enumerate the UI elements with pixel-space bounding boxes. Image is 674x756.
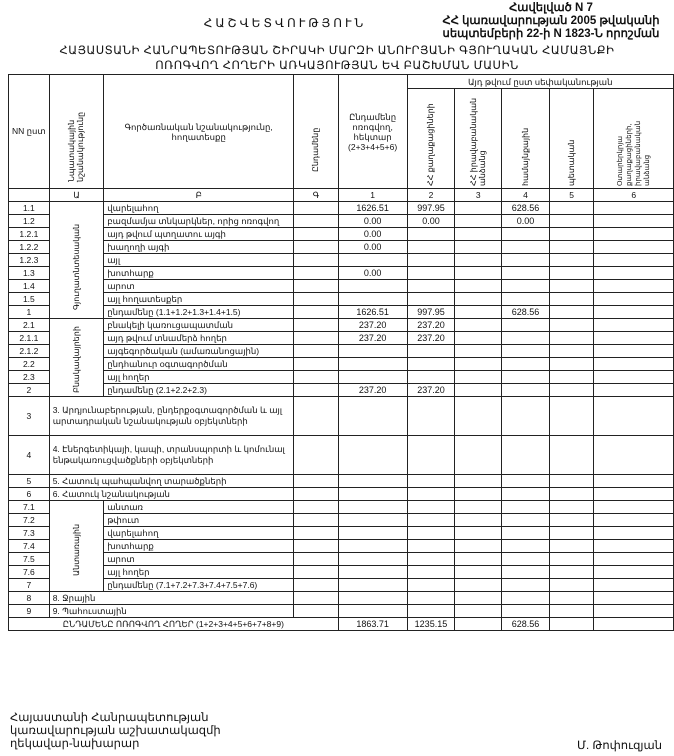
land-report-table: NN ըստ Նպատակային նշանակությունը Գործառն… [8,74,674,631]
table-row: 2.1Բնակավայրերիբնակելի կառուցապատման237.… [9,319,674,332]
table-row: 7.5արոտ [9,553,674,566]
agricultural-group: 1.1Գյուղատնտեսականվարելահող1626.51997.95… [9,202,674,319]
column-number-row: Ա ԲԳ 12 34 56 [9,189,674,202]
table-row: 1.2.1այդ թվում պտղատու այգի0.00 [9,228,674,241]
header-c3: ՀՀ իրավաբանական անձանց [455,89,502,189]
headline-line-1: ՀԱՅԱՍՏԱՆԻ ՀԱՆՐԱՊԵՏՈՒԹՅԱՆ ՇԻՐԱԿԻ ՄԱՐԶԻ ԱՆ… [0,43,674,57]
end-rows: 88. Ջրային99. Պահուստային [9,592,674,618]
table-row: 2.1.1այդ թվում տնամերձ հողեր237.20237.20 [9,332,674,345]
table-row: 1.3խոտհարք0.00 [9,267,674,280]
table-row: 7.2թփուտ [9,514,674,527]
table-row: 1.2.2խաղողի այգի0.00 [9,241,674,254]
annex-line: ՀՀ կառավարության 2005 թվականի [436,15,666,28]
table-row: 7.6այլ հողեր [9,566,674,579]
table-row: 7.1Անտառայինանտառ [9,501,674,514]
signature-name: Մ. Թոփուզյան [577,738,662,752]
header-c4: համայնքային [502,89,550,189]
table-row: 7.3վարելահող [9,527,674,540]
header-c2: ՀՀ քաղաքացիների [407,89,455,189]
table-row: 2.3այլ հողեր [9,371,674,384]
header-total: Ընդամենը ոռոգվող, հեկտար (2+3+4+5+6) [338,75,407,189]
table-row: 1ընդամենը (1.1+1.2+1.3+1.4+1.5)1626.5199… [9,306,674,319]
table-row: 55. Հատուկ պահպանվող տարածքների [9,475,674,488]
headline-line-2: ՈՌՈԳՎՈՂ ՀՈՂԵՐԻ ԱՌԿԱՅՈՒԹՅԱՆ ԵՎ ԲԱՇԽՄԱՆ ՄԱ… [0,58,674,72]
table-row: 33. Արդյունաբերության, ընդերքօգտագործման… [9,397,674,436]
table-row: 1.2բազմամյա տնկարկներ, որից ոռոգվող0.000… [9,215,674,228]
group-label: Գյուղատնտեսական [49,202,104,319]
table-row: 66. Հատուկ նշանակության [9,488,674,501]
document-title: ՀԱՇՎԵՏՎՈՒԹՅՈՒՆ [170,16,400,30]
header-ownership-group: Այդ թվում ըստ սեփականության [407,75,673,89]
table-row: 2.1.2այգեգործական (ամառանոցային) [9,345,674,358]
signatory-title: Հայաստանի Հանրապետության կառավարության ա… [10,712,221,751]
annex-note: Հավելված N 7 ՀՀ կառավարության 2005 թվակա… [436,2,666,41]
group-label: Անտառային [49,501,104,592]
table-row: 7ընդամենը (7.1+7.2+7.3+7.4+7.5+7.6) [9,579,674,592]
annex-line: Հավելված N 7 [436,2,666,15]
table-row: 88. Ջրային [9,592,674,605]
header-land-category: Նպատակային նշանակությունը [49,75,104,189]
group-label: Բնակավայրերի [49,319,104,397]
header-col-a: Ընդամենը [294,75,339,189]
header-nn: NN ըստ [9,75,50,189]
grand-total-row: ԸՆԴԱՄԵՆԸ ՈՌՈԳՎՈՂ ՀՈՂԵՐ (1+2+3+4+5+6+7+8+… [9,618,674,631]
header-c6: Օտարերկրյա քաղաքացիների, իրավաբանական ան… [594,89,674,189]
settlement-group: 2.1Բնակավայրերիբնակելի կառուցապատման237.… [9,319,674,397]
table-row: 1.5այլ հողատեսքեր [9,293,674,306]
forest-group: 7.1Անտառայինանտառ7.2թփուտ7.3վարելահող7.4… [9,501,674,592]
table-row: 2ընդամենը (2.1+2.2+2.3)237.20237.20 [9,384,674,397]
header-c5: պետական [549,89,594,189]
table-row: 1.4արոտ [9,280,674,293]
table-row: 2.2ընդհանուր օգտագործման [9,358,674,371]
annex-line: սեպտեմբերի 22-ի N 1823-Ն որոշման [436,28,666,41]
table-row: 1.1Գյուղատնտեսականվարելահող1626.51997.95… [9,202,674,215]
wide-rows: 33. Արդյունաբերության, ընդերքօգտագործման… [9,397,674,501]
table-row: 44. Էներգետիկայի, կապի, տրանսպորտի և կոմ… [9,436,674,475]
table-row: 1.2.3այլ [9,254,674,267]
table-row: 7.4խոտհարք [9,540,674,553]
header-land-type: Գործառնական նշանակությունը, հողատեսքը [104,75,294,189]
table-row: 99. Պահուստային [9,605,674,618]
